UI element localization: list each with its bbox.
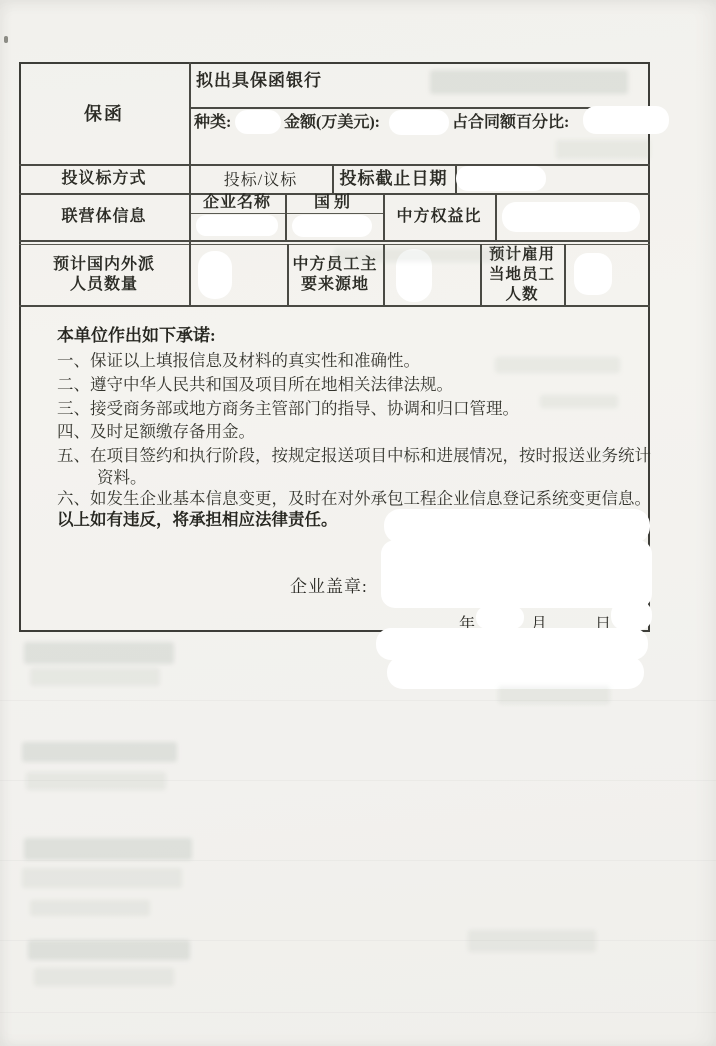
scanned-form-page: 保函 拟出具保函银行 种类: 金额(万美元): 占合同额百分比: 投议标方式 投… [0, 0, 716, 1046]
bleed-through-ghost [30, 668, 160, 686]
consortium-label-text: 联营体信息 [61, 207, 146, 227]
bleed-through-ghost [430, 70, 628, 94]
redaction-date-day-value [611, 601, 652, 630]
redaction-equity [502, 202, 640, 232]
consortium-label: 联营体信息 [19, 193, 189, 240]
bleed-through-ghost [22, 868, 182, 888]
bleed-through-rule [0, 860, 716, 861]
bleed-through-ghost [334, 248, 518, 262]
consortium-company-header: 企业名称 [189, 193, 285, 213]
bleed-through-ghost [540, 395, 618, 408]
redaction-dispatch-count [198, 251, 232, 299]
bidding-method-label: 投议标方式 [19, 164, 189, 193]
seal-label: 企业盖章: [290, 572, 368, 597]
commitment-item-1: 一、保证以上填报信息及材料的真实性和准确性。 [57, 351, 420, 371]
bidding-deadline-label: 投标截止日期 [332, 164, 455, 193]
redaction-bid-deadline [456, 166, 546, 191]
staffing-dispatch-label: 预计国内外派人员数量 [19, 244, 189, 305]
bleed-through-ghost [34, 968, 174, 986]
bleed-through-rule [0, 940, 716, 941]
table-line [19, 305, 650, 307]
bleed-through-rule [0, 700, 716, 701]
bleed-through-ghost [24, 838, 192, 860]
bleed-through-ghost [26, 772, 166, 790]
commitment-item-5: 五、在项目签约和执行阶段，按规定报送项目中标和进展情况，按时报送业务统计资料。 [57, 445, 663, 489]
commitments-title: 本单位作出如下承诺: [57, 326, 216, 346]
consortium-country-header: 国别 [285, 193, 383, 213]
redaction-local-hire-count [574, 253, 612, 295]
commitment-item-4: 四、及时足额缴存备用金。 [57, 422, 255, 442]
guarantee-amount-label: 金额(万美元): [284, 111, 380, 135]
bleed-through-ghost [556, 140, 650, 159]
table-line [495, 193, 497, 240]
bleed-through-rule [0, 780, 716, 781]
commitments-warning: 以上如有违反，将承担相应法律责任。 [57, 510, 338, 530]
consortium-company-header-text: 企业名称 [203, 193, 271, 213]
bleed-through-ghost [495, 357, 620, 373]
bleed-through-ghost [30, 900, 150, 916]
redaction-below-table-2 [387, 656, 644, 689]
commitment-item-2: 二、遵守中华人民共和国及项目所在地相关法律法规。 [57, 375, 453, 395]
bidding-deadline-label-text: 投标截止日期 [340, 169, 448, 189]
redaction-guarantee-amount [389, 110, 449, 135]
bleed-through-ghost [28, 940, 190, 960]
bidding-method-value: 投标/议标 [189, 164, 332, 193]
table-line [19, 240, 650, 242]
redaction-date-year-value [476, 606, 524, 629]
scan-speck [4, 36, 8, 43]
consortium-equity-label-text: 中方权益比 [396, 207, 481, 227]
guarantee-row-label-text: 保函 [84, 100, 124, 126]
bleed-through-ghost [468, 930, 596, 952]
commitment-item-3: 三、接受商务部或地方商务主管部门的指导、协调和归口管理。 [57, 399, 519, 419]
bidding-method-value-text: 投标/议标 [224, 167, 297, 190]
redaction-seal-area-1 [384, 509, 650, 543]
guarantee-bank-label: 拟出具保函银行 [196, 66, 322, 91]
consortium-equity-label: 中方权益比 [383, 193, 495, 240]
guarantee-row-label: 保函 [19, 62, 189, 164]
consortium-country-header-text: 国别 [314, 193, 354, 213]
table-line [564, 244, 566, 305]
bleed-through-rule [0, 1012, 716, 1013]
staffing-dispatch-label-text: 预计国内外派人员数量 [53, 255, 155, 295]
table-line [189, 107, 650, 109]
bidding-method-label-text: 投议标方式 [61, 169, 146, 189]
bleed-through-ghost [22, 742, 177, 762]
guarantee-kind-label: 种类: [194, 111, 231, 135]
redaction-seal-area-2 [381, 540, 652, 608]
bleed-through-ghost [24, 642, 174, 664]
commitment-item-6: 六、如发生企业基本信息变更，及时在对外承包工程企业信息登记系统变更信息。 [57, 489, 651, 509]
bleed-through-ghost [498, 686, 610, 704]
guarantee-percent-label: 占合同额百分比: [452, 111, 569, 135]
redaction-guarantee-percent [583, 106, 669, 134]
redaction-company-name [196, 215, 278, 236]
redaction-country [292, 215, 372, 237]
redaction-guarantee-kind [235, 110, 281, 134]
